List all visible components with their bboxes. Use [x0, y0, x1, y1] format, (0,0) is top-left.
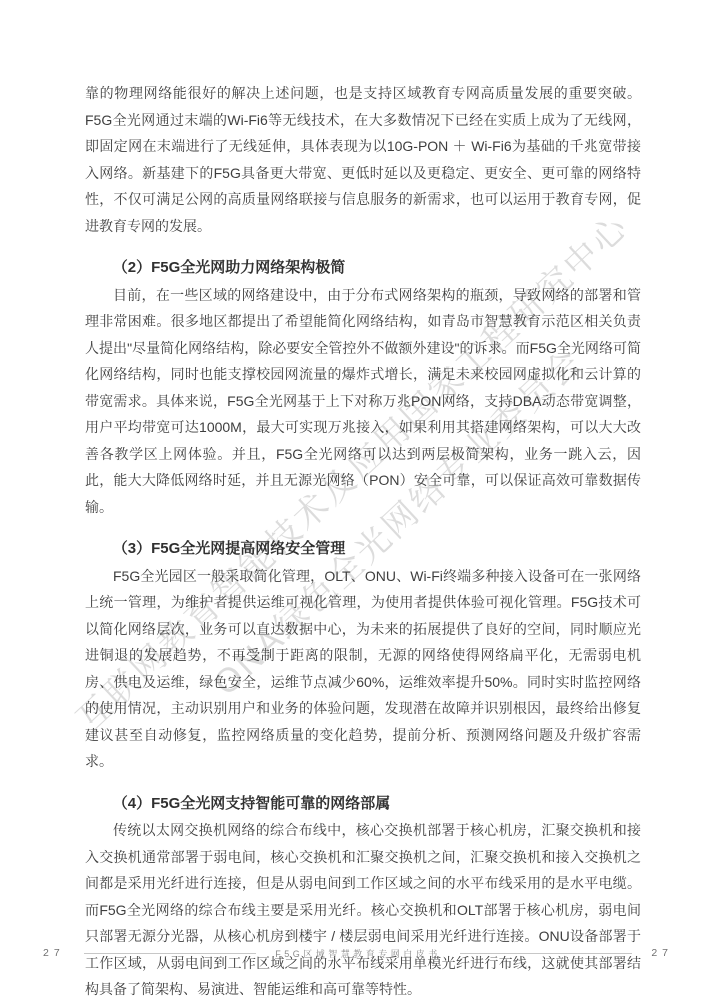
section-body-4: 传统以太网交换机网络的综合布线中，核心交换机部署于核心机房，汇聚交换机和接入交换… — [85, 817, 641, 1003]
footer-divider-left — [84, 953, 257, 954]
section-heading-4: （4）F5G全光网支持智能可靠的网络部属 — [85, 791, 641, 818]
page-number-left: 27 — [43, 947, 65, 959]
page-footer: 27 F5G区域智慧教育专网白皮书 27 — [0, 945, 721, 961]
section-heading-3: （3）F5G全光网提高网络安全管理 — [85, 536, 641, 563]
page-body-text: 靠的物理网络能很好的解决上述问题，也是支持区域教育专网高质量发展的重要突破。F5… — [85, 80, 641, 1003]
section-body-3: F5G全光园区一般采取简化管理，OLT、ONU、Wi-Fi终端多种接入设备可在一… — [85, 563, 641, 775]
document-page: 互联网教育智能技术及应用国家工程研究中心 ONA绿色全光网络专业委员会 靠的物理… — [0, 0, 721, 1005]
section-body-2: 目前，在一些区域的网络建设中，由于分布式网络架构的瓶颈，导致网络的部署和管理非常… — [85, 282, 641, 521]
intro-paragraph: 靠的物理网络能很好的解决上述问题，也是支持区域教育专网高质量发展的重要突破。F5… — [85, 80, 641, 239]
page-number-right: 27 — [651, 947, 673, 959]
footer-divider-right — [460, 953, 633, 954]
footer-title: F5G区域智慧教育专网白皮书 — [275, 947, 441, 960]
section-heading-2: （2）F5G全光网助力网络架构极简 — [85, 255, 641, 282]
